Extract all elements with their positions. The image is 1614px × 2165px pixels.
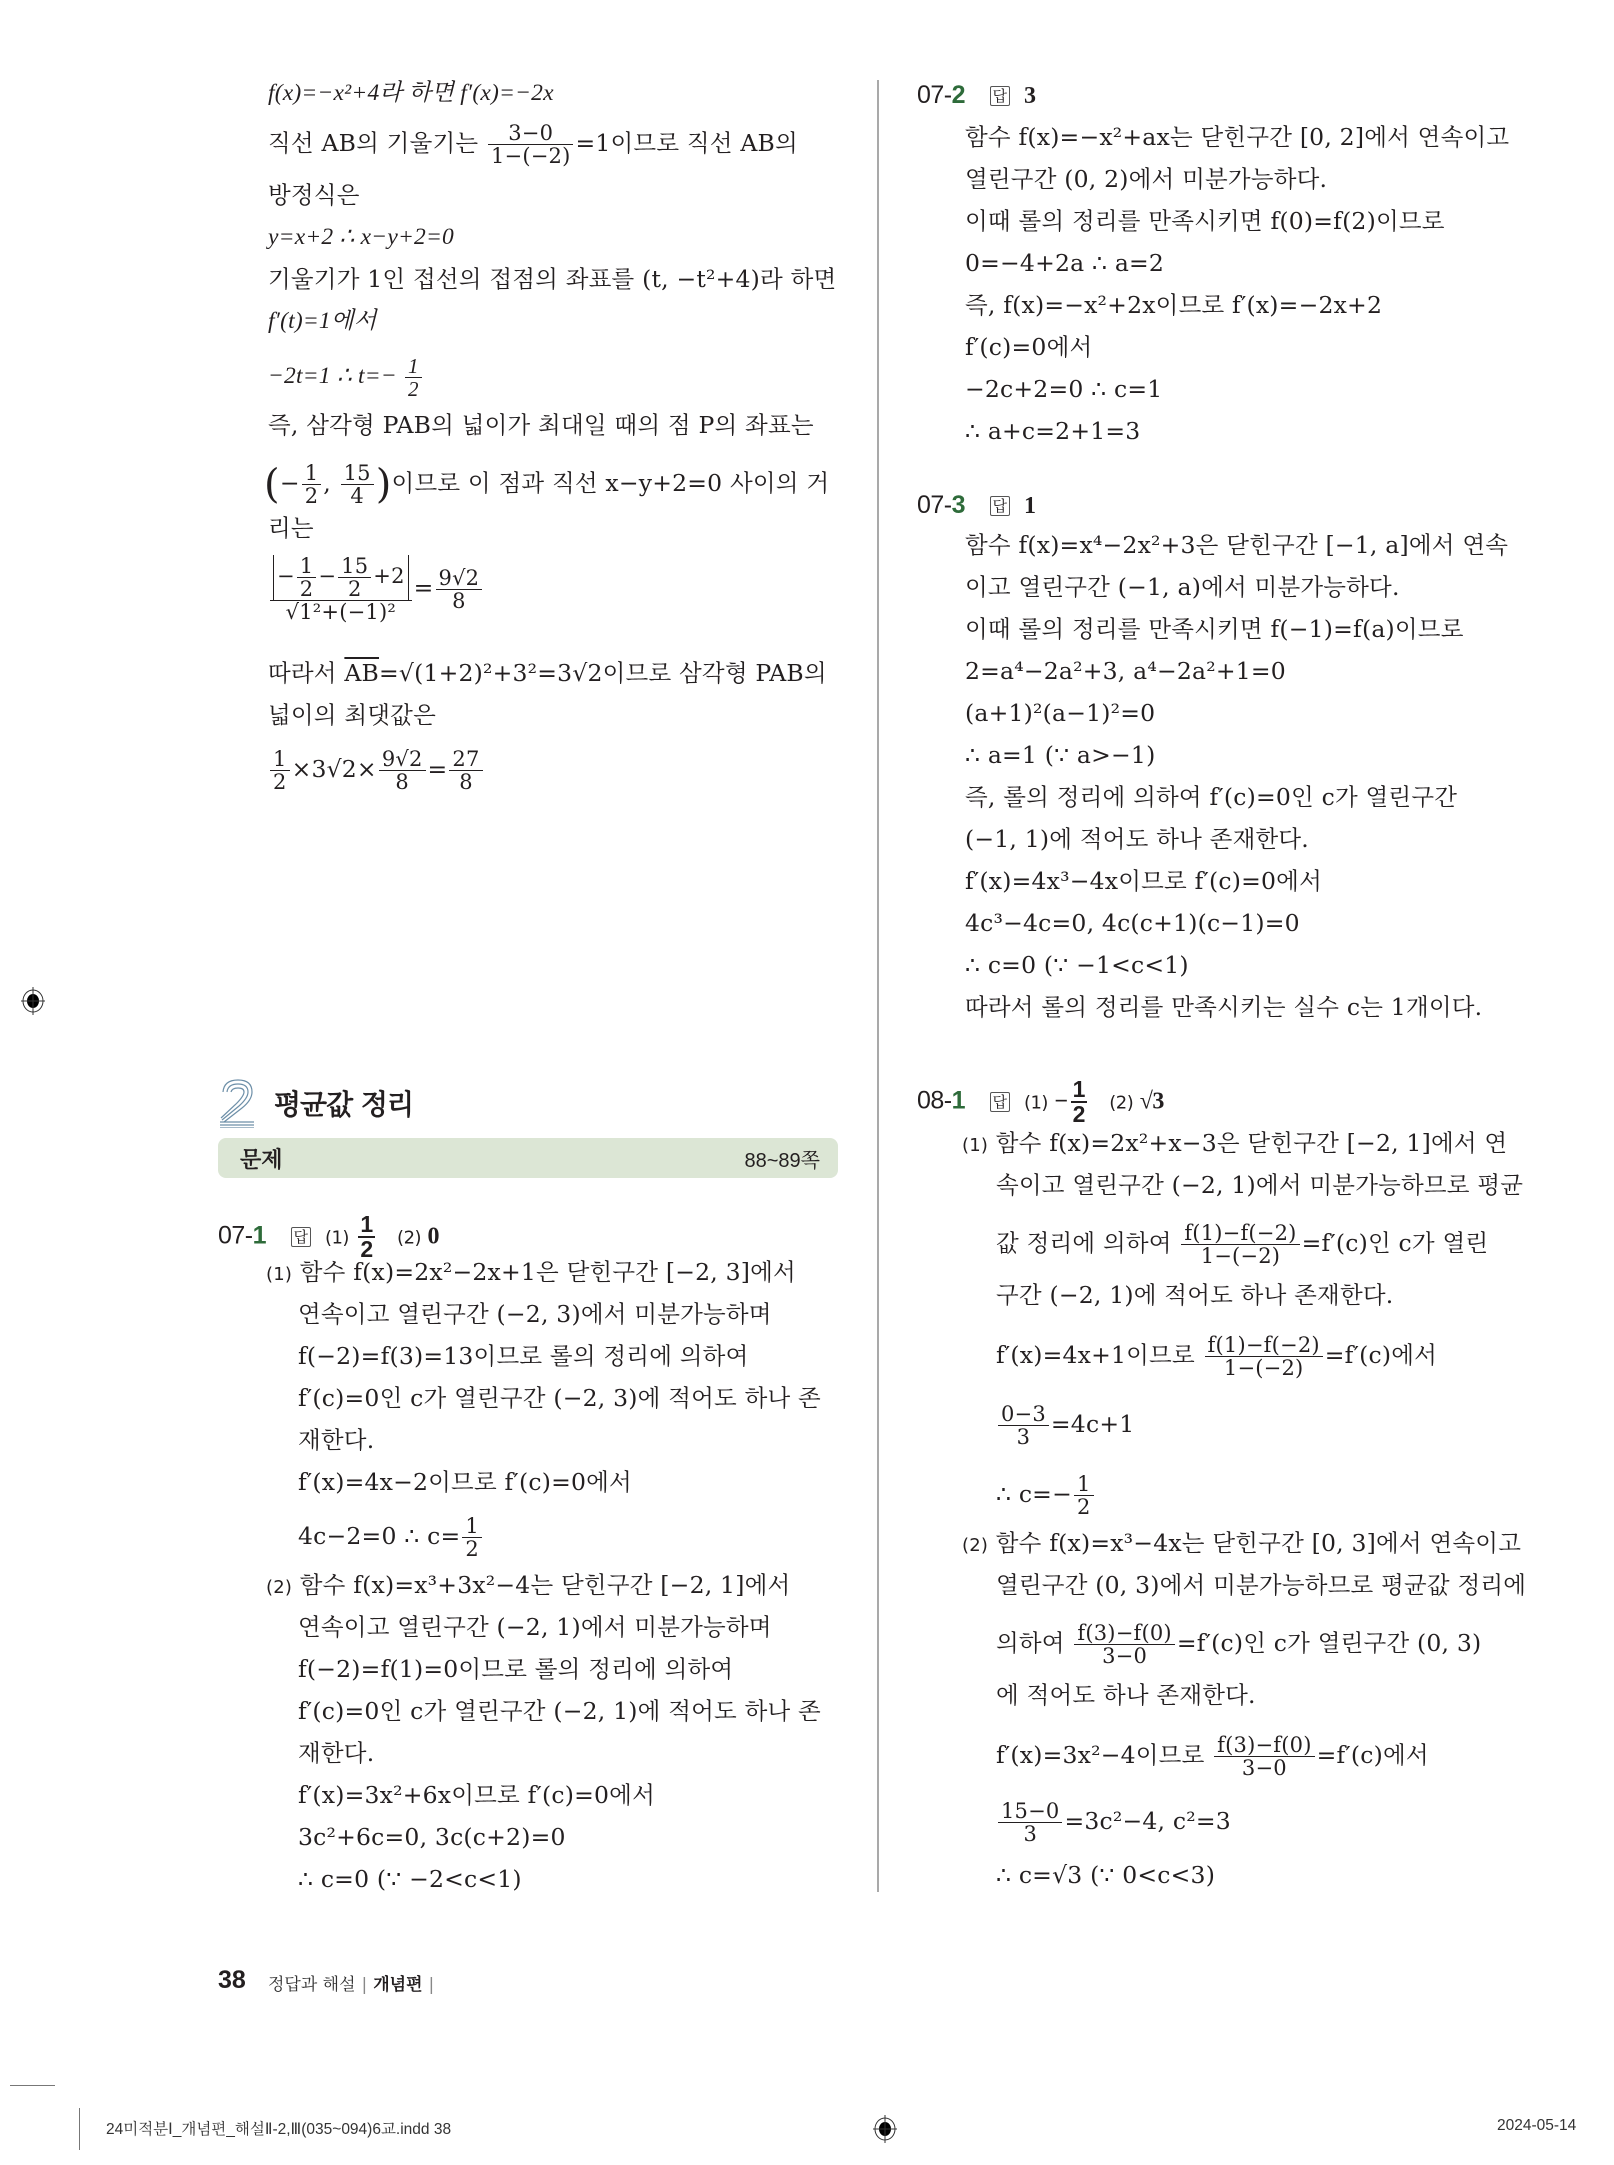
segment-ab: AB (344, 659, 379, 687)
text-line: f(−2)=f(3)=13이므로 롤의 정리에 의하여 (298, 1341, 748, 1371)
fraction: 1 2 (405, 355, 422, 400)
fraction: 3−0 1−(−2) (488, 122, 574, 167)
text-line: 따라서 롤의 정리를 만족시키는 실수 c는 1개이다. (965, 992, 1482, 1022)
text-line: ∴ a=1 (∵ a>−1) (965, 740, 1155, 770)
c-result-line: ∴ c=−12 (996, 1473, 1096, 1518)
text-line: 2=a⁴−2a²+3, a⁴−2a²+1=0 (965, 656, 1286, 686)
section-header: 평균값 정리 (218, 1073, 413, 1133)
problem-07-1-header: 07-1 답 (1) 12 (2) 0 (218, 1213, 439, 1261)
answer-badge: 답 (990, 496, 1010, 516)
text-line: f′(t)=1에서 (268, 306, 377, 336)
footer-running-title: 정답과 해설|개념편| (268, 1970, 440, 1995)
crop-mark (10, 2085, 55, 2086)
text-line: f′(x)=3x²+6x이므로 f′(c)=0에서 (298, 1780, 655, 1810)
slug-date: 2024-05-14 (1497, 2117, 1576, 2135)
section-number-icon (218, 1078, 258, 1128)
mvt-line: f′(x)=3x²−4이므로 f(3)−f(0)3−0=f′(c)에서 (996, 1734, 1429, 1779)
text-line: 0=−4+2a ∴ a=2 (965, 248, 1164, 278)
text-line: f′(x)=4x−2이므로 f′(c)=0에서 (298, 1467, 632, 1497)
section-title: 평균값 정리 (274, 1083, 413, 1123)
text-line: (1) 함수 f(x)=2x²−2x+1은 닫힌구간 [−2, 3]에서 (266, 1257, 796, 1290)
text-fragment: =√(1+2)²+3²=3√2이므로 삼각형 PAB의 (379, 659, 827, 687)
problem-08-1-header: 08-1 답 (1) −12 (2) √3 (917, 1078, 1164, 1126)
fraction: 12 (302, 462, 322, 507)
text-line: 3c²+6c=0, 3c(c+2)=0 (298, 1822, 566, 1852)
answer-badge: 답 (990, 86, 1010, 106)
crop-mark (79, 2108, 80, 2150)
text-line: 에 적어도 하나 존재한다. (996, 1680, 1256, 1710)
mvt-line: f′(x)=4x+1이므로 f(1)−f(−2)1−(−2)=f′(c)에서 (996, 1334, 1437, 1379)
text-line: ∴ c=0 (∵ −2<c<1) (298, 1864, 522, 1894)
text-line: (2) 함수 f(x)=x³−4x는 닫힌구간 [0, 3]에서 연속이고 (962, 1528, 1521, 1561)
problem-07-3-header: 07-3 답 1 (917, 490, 1035, 521)
answer-badge: 답 (291, 1227, 311, 1247)
text-line: ∴ c=√3 (∵ 0<c<3) (996, 1860, 1215, 1890)
fraction: −12−152+2 √1²+(−1)² (270, 555, 412, 623)
fraction: 9√28 (436, 567, 483, 612)
text-fragment: 따라서 (268, 659, 337, 687)
problem-bar: 문제 88~89쪽 (218, 1138, 838, 1178)
answer-page: f(x)=−x²+4라 하면 f′(x)=−2x 직선 AB의 기울기는 3−0… (0, 0, 1614, 2165)
mvt-line: 값 정리에 의하여 f(1)−f(−2)1−(−2)=f′(c)인 c가 열린 (996, 1222, 1488, 1267)
text-line: f(x)=−x²+4라 하면 f′(x)=−2x (268, 78, 554, 108)
text-line: 이고 열린구간 (−1, a)에서 미분가능하다. (965, 572, 1400, 602)
column-divider (877, 80, 879, 1892)
text-line: 기울기가 1인 접선의 접점의 좌표를 (t, −t²+4)라 하면 (268, 264, 836, 294)
problem-bar-pages: 88~89쪽 (745, 1144, 821, 1173)
registration-mark-icon (21, 987, 45, 1015)
text-line: f′(c)=0인 c가 열린구간 (−2, 1)에 적어도 하나 존 (298, 1696, 821, 1726)
text-line: 함수 f(x)=−x²+ax는 닫힌구간 [0, 2]에서 연속이고 (965, 122, 1509, 152)
slug-filename: 24미적분Ⅰ_개념편_해설Ⅱ-2,Ⅲ(035~094)6교.indd 38 (106, 2117, 451, 2139)
distance-formula: −12−152+2 √1²+(−1)² =9√28 (268, 555, 484, 623)
text-line: 4c³−4c=0, 4c(c+1)(c−1)=0 (965, 908, 1300, 938)
text-line: 함수 f(x)=x⁴−2x²+3은 닫힌구간 [−1, a]에서 연속 (965, 530, 1508, 560)
text-line: 즉, 삼각형 PAB의 넓이가 최대일 때의 점 P의 좌표는 (268, 410, 814, 440)
text-line: (2) 함수 f(x)=x³+3x²−4는 닫힌구간 [−2, 1]에서 (266, 1570, 790, 1603)
text-line: f′(c)=0인 c가 열린구간 (−2, 3)에 적어도 하나 존 (298, 1383, 821, 1413)
answer-fraction: 12 (358, 1213, 374, 1261)
text-line: ∴ c=0 (∵ −1<c<1) (965, 950, 1189, 980)
text-fragment: 이므로 이 점과 직선 x−y+2=0 사이의 거 (392, 469, 830, 497)
text-line: 열린구간 (0, 3)에서 미분가능하므로 평균값 정리에 (996, 1570, 1526, 1600)
text-fragment: 직선 AB의 기울기는 (268, 129, 478, 157)
answer-fraction: 12 (1071, 1078, 1087, 1126)
t-result-line: −2t=1 ∴ t=− 1 2 (268, 355, 424, 400)
text-line: −2c+2=0 ∴ c=1 (965, 374, 1162, 404)
registration-mark-icon (873, 2115, 897, 2143)
c-result-line: 4c−2=0 ∴ c=12 (298, 1515, 484, 1560)
page-number: 38 (218, 1966, 246, 1995)
text-line: 방정식은 (268, 180, 360, 210)
text-line: 재한다. (298, 1738, 374, 1768)
equation-line: 0−33=4c+1 (996, 1403, 1134, 1448)
problem-bar-title: 문제 (240, 1143, 283, 1174)
text-line: 연속이고 열린구간 (−2, 1)에서 미분가능하며 (298, 1612, 772, 1642)
text-line: 재한다. (298, 1425, 374, 1455)
text-fragment: =1이므로 직선 AB의 (575, 129, 797, 157)
equation-line: 15−03=3c²−4, c²=3 (996, 1800, 1231, 1845)
slope-line: 직선 AB의 기울기는 3−0 1−(−2) =1이므로 직선 AB의 (268, 122, 798, 167)
area-formula: 12×3√2×9√28=278 (268, 748, 485, 793)
answer-badge: 답 (990, 1092, 1010, 1112)
mvt-line: 의하여 f(3)−f(0)3−0=f′(c)인 c가 열린구간 (0, 3) (996, 1622, 1481, 1667)
text-line: (a+1)²(a−1)²=0 (965, 698, 1155, 728)
fraction: 154 (341, 462, 374, 507)
text-line: 구간 (−2, 1)에 적어도 하나 존재한다. (996, 1280, 1393, 1310)
text-line: (1) 함수 f(x)=2x²+x−3은 닫힌구간 [−2, 1]에서 연 (962, 1128, 1507, 1161)
text-line: f(−2)=f(1)=0이므로 롤의 정리에 의하여 (298, 1654, 733, 1684)
text-line: 리는 (268, 513, 314, 543)
text-line: f′(x)=4x³−4x이므로 f′(c)=0에서 (965, 866, 1322, 896)
text-fragment: −2t=1 ∴ t=− (268, 363, 397, 389)
text-line: 이때 롤의 정리를 만족시키면 f(0)=f(2)이므로 (965, 206, 1445, 236)
text-line: 속이고 열린구간 (−2, 1)에서 미분가능하므로 평균 (996, 1170, 1523, 1200)
text-line: ∴ a+c=2+1=3 (965, 416, 1140, 446)
text-line: 즉, f(x)=−x²+2x이므로 f′(x)=−2x+2 (965, 290, 1382, 320)
text-line: f′(c)=0에서 (965, 332, 1092, 362)
text-line: (−1, 1)에 적어도 하나 존재한다. (965, 824, 1309, 854)
text-line: y=x+2 ∴ x−y+2=0 (268, 222, 454, 252)
text-line: 이때 롤의 정리를 만족시키면 f(−1)=f(a)이므로 (965, 614, 1464, 644)
point-p-line: (−12, 154)이므로 이 점과 직선 x−y+2=0 사이의 거 (264, 462, 829, 507)
problem-07-2-header: 07-2 답 3 (917, 80, 1035, 111)
text-line: 열린구간 (0, 2)에서 미분가능하다. (965, 164, 1327, 194)
text-line: 즉, 롤의 정리에 의하여 f′(c)=0인 c가 열린구간 (965, 782, 1457, 812)
ab-length-line: 따라서 AB=√(1+2)²+3²=3√2이므로 삼각형 PAB의 (268, 658, 827, 688)
text-line: 연속이고 열린구간 (−2, 3)에서 미분가능하며 (298, 1299, 772, 1329)
text-line: 넓이의 최댓값은 (268, 700, 436, 730)
